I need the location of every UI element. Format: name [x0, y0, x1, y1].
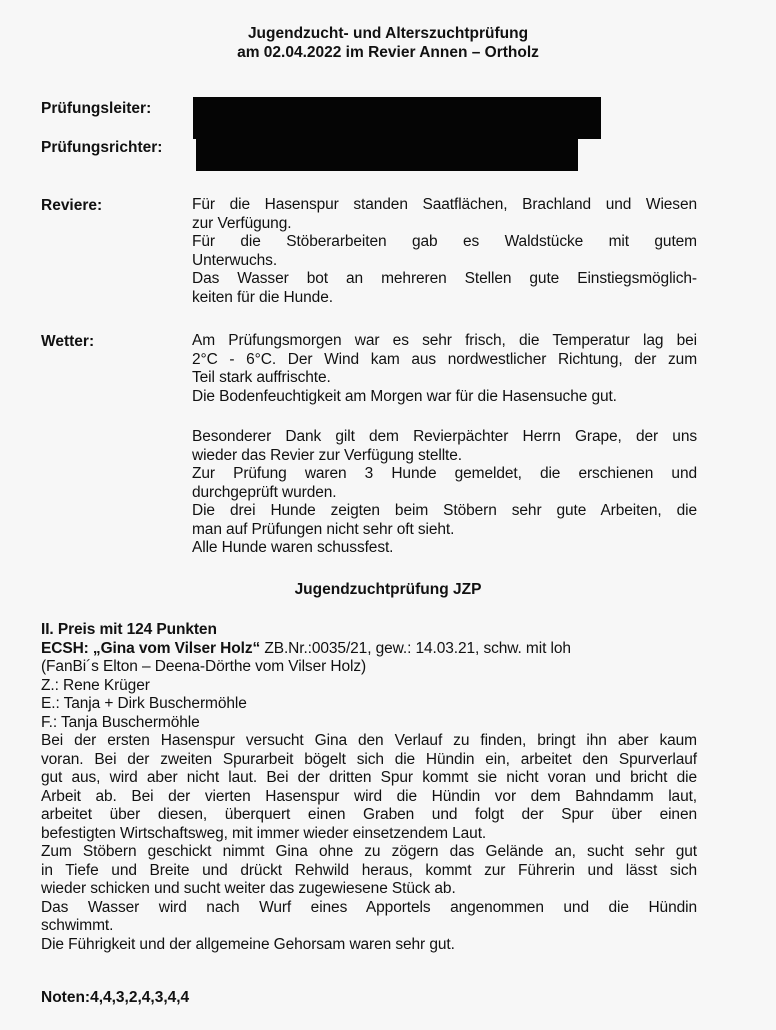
text-line: arbeitet über diesen, überquert einen Gr… — [41, 806, 697, 825]
text-line: man auf Prüfungen nicht sehr oft sieht. — [192, 521, 697, 540]
dog-details: ZB.Nr.:0035/21, gew.: 14.03.21, schw. mi… — [260, 640, 571, 657]
dog-identity-line: ECSH: „Gina vom Vilser Holz“ ZB.Nr.:0035… — [41, 640, 741, 659]
wetter-label: Wetter: — [41, 332, 94, 352]
text-line: Für die Hasenspur standen Saatflächen, B… — [192, 196, 697, 215]
redaction-block-leiter — [193, 97, 601, 139]
text-line: wieder schicken und sucht weiter das zug… — [41, 880, 697, 899]
text-line: Das Wasser wird nach Wurf eines Apportel… — [41, 899, 697, 918]
text-line: gut aus, wird aber nicht laut. Bei der d… — [41, 769, 697, 788]
dog-name: ECSH: „Gina vom Vilser Holz“ — [41, 640, 260, 657]
breeder-line: Z.: Rene Krüger — [41, 677, 741, 696]
text-line: befestigten Wirtschaftsweg, mit immer wi… — [41, 825, 697, 844]
reviere-label: Reviere: — [41, 196, 102, 216]
text-line: durchgeprüft wurden. — [192, 484, 697, 503]
text-line: in Tiefe und Breite und drückt Rehwild h… — [41, 862, 697, 881]
grades-line: Noten:4,4,3,2,4,3,4,4 — [41, 988, 189, 1008]
text-line: schwimmt. — [41, 917, 697, 936]
text-line: Die Führigkeit und der allgemeine Gehors… — [41, 936, 697, 955]
text-line: Unterwuchs. — [192, 252, 697, 271]
text-line: Zum Stöbern geschickt nimmt Gina ohne zu… — [41, 843, 697, 862]
text-line: Alle Hunde waren schussfest. — [192, 539, 697, 558]
prize-line: II. Preis mit 124 Punkten — [41, 621, 741, 640]
owner-line: E.: Tanja + Dirk Buschermöhle — [41, 695, 741, 714]
general-notes-text: Besonderer Dank gilt dem Revierpächter H… — [192, 428, 697, 558]
pruefungsleiter-label: Prüfungsleiter: — [41, 99, 151, 119]
text-line: Am Prüfungsmorgen war es sehr frisch, di… — [192, 332, 697, 351]
document-title-line1: Jugendzucht- und Alterszuchtprüfung — [0, 24, 776, 44]
document-title-line2: am 02.04.2022 im Revier Annen – Ortholz — [0, 43, 776, 63]
text-line: wieder das Revier zur Verfügung stellte. — [192, 447, 697, 466]
text-line: Zur Prüfung waren 3 Hunde gemeldet, die … — [192, 465, 697, 484]
text-line: voran. Bei der zweiten Spurarbeit bögelt… — [41, 751, 697, 770]
text-line: Arbeit ab. Bei der vierten Hasenspur wir… — [41, 788, 697, 807]
parents-line: (FanBi´s Elton – Deena-Dörthe vom Vilser… — [41, 658, 741, 677]
text-line: Besonderer Dank gilt dem Revierpächter H… — [192, 428, 697, 447]
text-line: Die drei Hunde zeigten beim Stöbern sehr… — [192, 502, 697, 521]
section-heading: Jugendzuchtprüfung JZP — [0, 581, 776, 599]
text-line: keiten für die Hunde. — [192, 289, 697, 308]
redaction-block-richter — [196, 135, 578, 171]
text-line: Das Wasser bot an mehreren Stellen gute … — [192, 270, 697, 289]
pruefungsrichter-label: Prüfungsrichter: — [41, 138, 162, 158]
handler-line: F.: Tanja Buschermöhle — [41, 714, 741, 733]
dog-entry-header: II. Preis mit 124 Punkten ECSH: „Gina vo… — [41, 621, 741, 732]
text-line: zur Verfügung. — [192, 215, 697, 234]
wetter-text: Am Prüfungsmorgen war es sehr frisch, di… — [192, 332, 697, 406]
text-line: 2°C - 6°C. Der Wind kam aus nordwestlich… — [192, 351, 697, 370]
performance-report-text: Bei der ersten Hasenspur versucht Gina d… — [41, 732, 697, 954]
text-line: Bei der ersten Hasenspur versucht Gina d… — [41, 732, 697, 751]
reviere-text: Für die Hasenspur standen Saatflächen, B… — [192, 196, 697, 307]
text-line: Die Bodenfeuchtigkeit am Morgen war für … — [192, 388, 697, 407]
text-line: Teil stark auffrischte. — [192, 369, 697, 388]
text-line: Für die Stöberarbeiten gab es Waldstücke… — [192, 233, 697, 252]
